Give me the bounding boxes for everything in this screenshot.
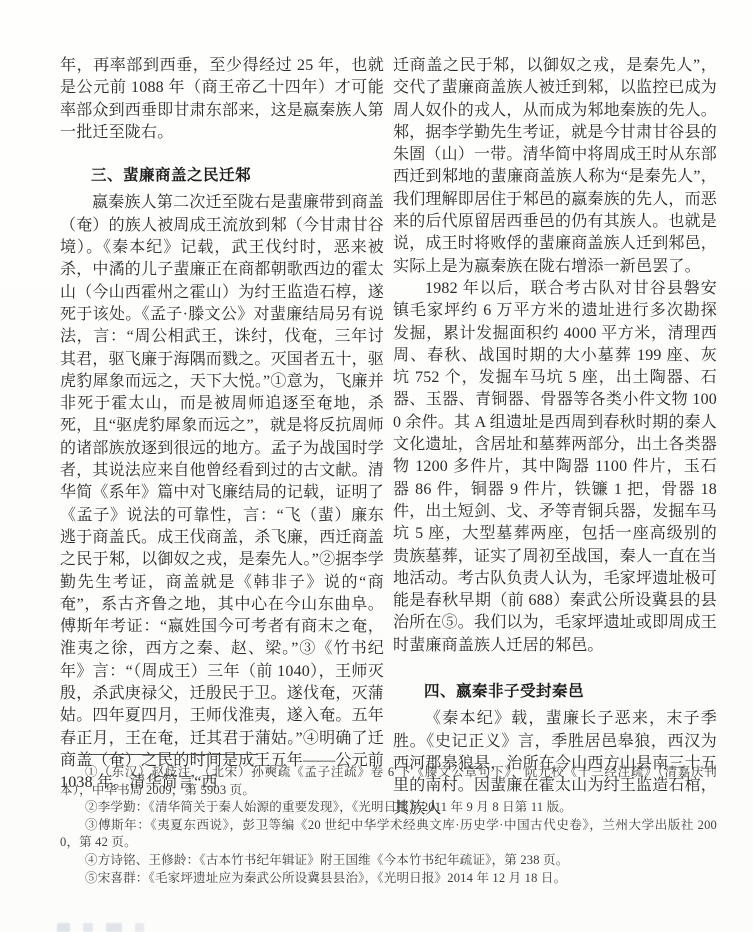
footnote-2: ②李学勤：《清华简关于秦人始源的重要发现》，《光明日报》2011 年 9 月 8… — [60, 799, 717, 817]
section-heading-4: 四、嬴秦非子受封秦邑 — [393, 681, 717, 703]
footnote-5: ⑤宋喜群：《毛家坪遗址应为秦武公所设冀县县治》，《光明日报》2014 年 12 … — [60, 870, 717, 888]
footnote-area: ①（东汉）赵歧注，（北宋）孙奭疏《孟子注疏》卷 6 下《滕文公章句下》，阮元校《… — [60, 754, 717, 887]
continued-paragraph: 迁商盖之民于邾，以御奴之戎，是秦先人”，交代了蜚廉商盖族人被迁到邾，以监控已成为… — [393, 55, 717, 278]
text-column-left: 年，再率部到西垂，至少得经过 25 年，也就是公元前 1088 年（商王帝乙十四… — [60, 55, 384, 820]
text-columns: 年，再率部到西垂，至少得经过 25 年，也就是公元前 1088 年（商王帝乙十四… — [60, 55, 717, 820]
book-page: 年，再率部到西垂，至少得经过 25 年，也就是公元前 1088 年（商王帝乙十四… — [0, 0, 753, 932]
scan-bleed-artifact — [57, 923, 144, 932]
footnote-4: ④方诗铭、王修龄：《古本竹书纪年辑证》附王国维《今本竹书纪年疏证》，第 238 … — [60, 852, 717, 870]
footnote-separator — [78, 754, 258, 755]
continued-paragraph: 年，再率部到西垂，至少得经过 25 年，也就是公元前 1088 年（商王帝乙十四… — [60, 55, 384, 144]
section-3-paragraph: 嬴秦族人第二次迁至陇右是蜚廉带到商盖（奄）的族人被周成王流放到邾（今甘肃甘谷境）… — [60, 192, 384, 794]
section-heading-3: 三、蜚廉商盖之民迁邾 — [60, 165, 384, 187]
text-column-right: 迁商盖之民于邾，以御奴之戎，是秦先人”，交代了蜚廉商盖族人被迁到邾，以监控已成为… — [393, 55, 717, 820]
archaeology-paragraph: 1982 年以后，联合考古队对甘谷县磐安镇毛家坪约 6 万平方米的遗址进行多次勘… — [393, 278, 717, 657]
footnote-3: ③傅斯年：《夷夏东西说》，彭卫等编《20 世纪中华学术经典文库·历史学·中国古代… — [60, 817, 717, 852]
footnote-1: ①（东汉）赵歧注，（北宋）孙奭疏《孟子注疏》卷 6 下《滕文公章句下》，阮元校《… — [60, 764, 717, 799]
